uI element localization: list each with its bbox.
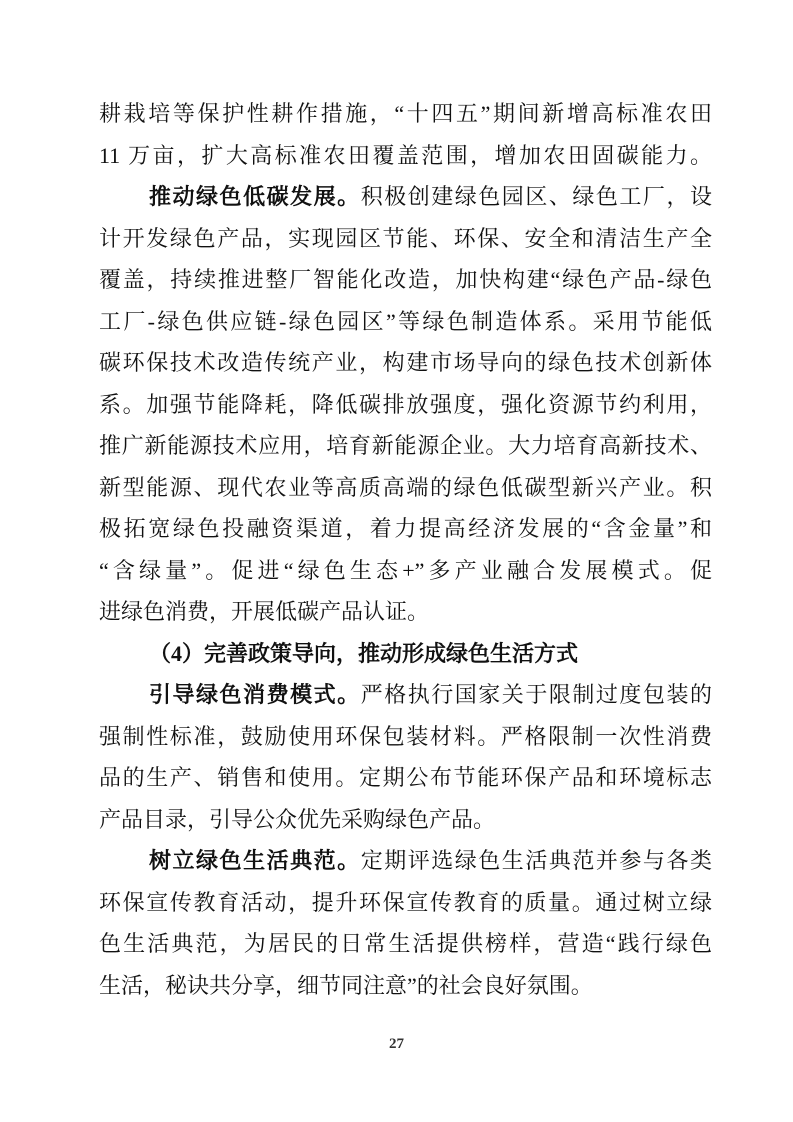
text-line: 强制性标准，鼓励使用环保包装材料。严格限制一次性消费 xyxy=(99,716,712,758)
paragraph-text: 严格执行国家关于限制过度包装的 xyxy=(361,682,712,707)
paragraph-first-line: 树立绿色生活典范。定期评选绿色生活典范并参与各类 xyxy=(99,840,712,882)
text-line: 新型能源、现代农业等高质高端的绿色低碳型新兴产业。积 xyxy=(99,467,712,509)
paragraph-text: 积极创建绿色园区、绿色工厂，设 xyxy=(361,184,712,209)
paragraph-first-line: 引导绿色消费模式。严格执行国家关于限制过度包装的 xyxy=(99,674,712,716)
paragraph-last-line: 生活，秘诀共分享，细节同注意”的社会良好氛围。 xyxy=(99,965,712,1007)
text-line: 碳环保技术改造传统产业，构建市场导向的绿色技术创新体 xyxy=(99,342,712,384)
text-line: 11 万亩，扩大高标准农田覆盖范围，增加农田固碳能力。 xyxy=(99,135,712,177)
text-line: 品的生产、销售和使用。定期公布节能环保产品和环境标志 xyxy=(99,757,712,799)
paragraph-last-line: 进绿色消费，开展低碳产品认证。 xyxy=(99,591,712,633)
text-line: “含绿量”。促进“绿色生态+”多产业融合发展模式。促 xyxy=(99,550,712,592)
page-number: 27 xyxy=(0,1036,793,1053)
section-heading: （4）完善政策导向，推动形成绿色生活方式 xyxy=(99,633,712,675)
document-page: 耕栽培等保护性耕作措施，“十四五”期间新增高标准农田 11 万亩，扩大高标准农田… xyxy=(0,0,793,1122)
text-line: 覆盖，持续推进整厂智能化改造，加快构建“绿色产品-绿色 xyxy=(99,259,712,301)
text-line: 耕栽培等保护性耕作措施，“十四五”期间新增高标准农田 xyxy=(99,93,712,135)
text-line: 极拓宽绿色投融资渠道，着力提高经济发展的“含金量”和 xyxy=(99,508,712,550)
document-text-block: 耕栽培等保护性耕作措施，“十四五”期间新增高标准农田 11 万亩，扩大高标准农田… xyxy=(99,93,712,1006)
text-line: 计开发绿色产品，实现园区节能、环保、安全和清洁生产全 xyxy=(99,218,712,260)
text-line: 系。加强节能降耗，降低碳排放强度，强化资源节约利用， xyxy=(99,384,712,426)
text-line: 推广新能源技术应用，培育新能源企业。大力培育高新技术、 xyxy=(99,425,712,467)
paragraph-first-line: 推动绿色低碳发展。积极创建绿色园区、绿色工厂，设 xyxy=(99,176,712,218)
paragraph-last-line: 产品目录，引导公众优先采购绿色产品。 xyxy=(99,799,712,841)
paragraph-lead: 引导绿色消费模式。 xyxy=(149,682,361,707)
paragraph-lead: 推动绿色低碳发展。 xyxy=(149,184,361,209)
text-line: 环保宣传教育活动，提升环保宣传教育的质量。通过树立绿 xyxy=(99,882,712,924)
paragraph-lead: 树立绿色生活典范。 xyxy=(149,848,361,873)
text-line: 色生活典范，为居民的日常生活提供榜样，营造“践行绿色 xyxy=(99,923,712,965)
paragraph-text: 定期评选绿色生活典范并参与各类 xyxy=(361,848,712,873)
text-line: 工厂-绿色供应链-绿色园区”等绿色制造体系。采用节能低 xyxy=(99,301,712,343)
